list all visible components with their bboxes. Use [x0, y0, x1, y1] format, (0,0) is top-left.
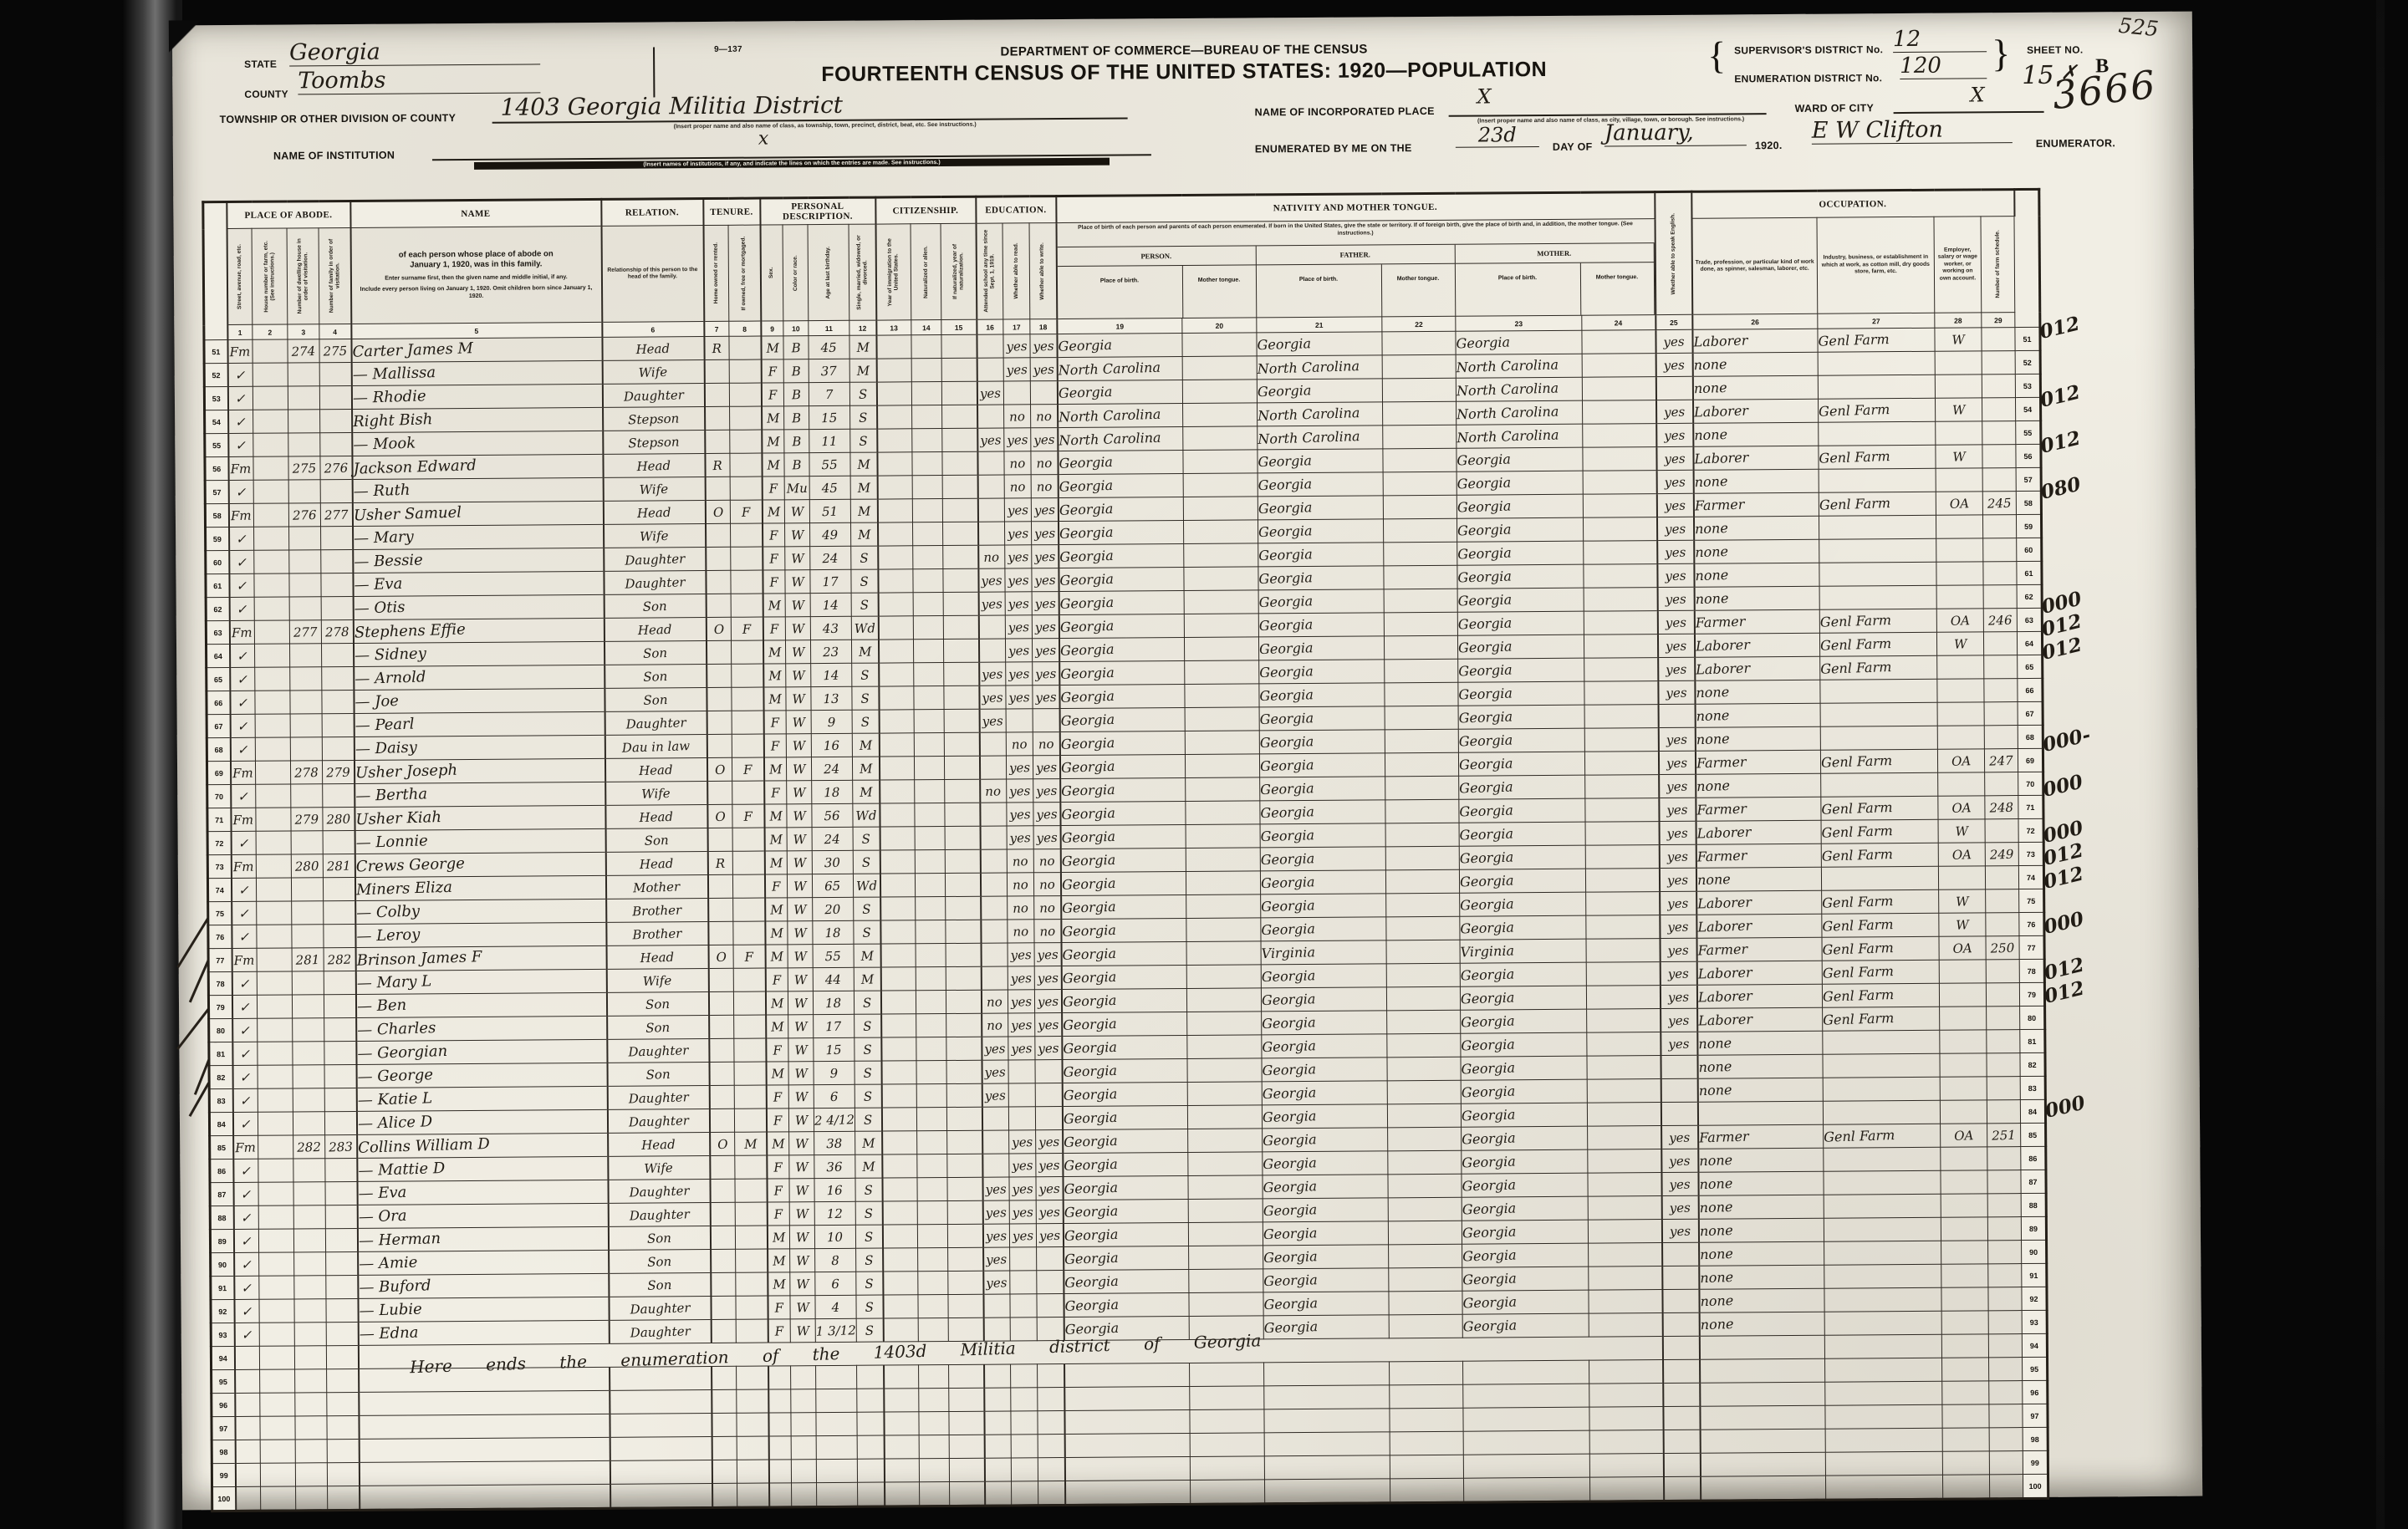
cell-race-58: W — [784, 500, 809, 523]
county-value: Toombs — [298, 66, 540, 94]
cell-age-77: 55 — [813, 944, 854, 967]
cell-sex-63: F — [763, 617, 785, 640]
cell-school-88: yes — [982, 1200, 1009, 1224]
cell-imm-91 — [883, 1272, 918, 1295]
cell-rel-64: Son — [604, 641, 706, 665]
cell-read-99 — [1011, 1458, 1038, 1481]
cell-dw-95 — [295, 1369, 327, 1393]
cell-rel-57: Wife — [603, 477, 705, 502]
cell-home-52 — [704, 359, 729, 383]
cell-rel-96 — [610, 1389, 712, 1414]
cell-emp-87 — [1941, 1170, 1987, 1194]
state-label: STATE — [244, 59, 277, 70]
cell-fmt-77 — [1386, 940, 1460, 964]
cell-fpob-75: Georgia — [1260, 894, 1386, 918]
cell-fmt-87 — [1388, 1174, 1462, 1198]
cell-mmt-90 — [1588, 1243, 1662, 1267]
cell-ind-73: Genl Farm — [1821, 843, 1938, 867]
cell-ind-93 — [1824, 1311, 1941, 1335]
cell-mmt-71 — [1585, 798, 1660, 823]
cell-pob-81: Georgia — [1062, 1036, 1188, 1060]
cell-age-61: 17 — [810, 569, 851, 593]
cell-abode-64: ✓ — [229, 644, 254, 667]
cell-mort-99 — [737, 1460, 768, 1483]
cell-fmt-89 — [1388, 1221, 1462, 1245]
cell-house-59 — [254, 527, 289, 550]
cell-write-91 — [1037, 1271, 1064, 1294]
cell-fpob-98 — [1264, 1432, 1390, 1456]
group-header: NAME — [350, 199, 601, 227]
cell-name-85: Collins William D — [357, 1133, 608, 1158]
cell-fmt-90 — [1389, 1244, 1462, 1268]
cell-mpob-56: Georgia — [1457, 447, 1583, 471]
cell-age-78: 44 — [813, 967, 854, 991]
cell-house-85 — [258, 1135, 293, 1159]
line-number-right: 93 — [2022, 1310, 2047, 1333]
cell-race-78: W — [788, 968, 813, 991]
cell-trade-80: Laborer — [1697, 1007, 1823, 1032]
cell-name-86: — Mattie D — [357, 1156, 608, 1181]
cell-house-53 — [253, 386, 288, 410]
cell-fmt-58 — [1383, 495, 1457, 519]
line-number-left: 78 — [208, 971, 232, 995]
cell-pmt-65 — [1185, 660, 1258, 685]
cell-home-74 — [707, 874, 732, 898]
cell-nat-92 — [918, 1295, 948, 1318]
cell-race-65: W — [786, 664, 811, 687]
cell-home-67 — [707, 711, 732, 734]
cell-dw-84 — [293, 1112, 324, 1135]
cell-write-85: yes — [1036, 1130, 1063, 1154]
cell-house-88 — [258, 1205, 293, 1229]
col-number-2: 2 — [253, 324, 288, 339]
cell-name-96 — [359, 1390, 610, 1415]
cell-write-60: yes — [1032, 545, 1059, 568]
cell-naty-56 — [942, 451, 977, 475]
line-number-right: 77 — [2019, 935, 2044, 959]
cell-imm-73 — [880, 850, 915, 874]
cell-fpob-95 — [1263, 1362, 1390, 1386]
cell-write-100 — [1038, 1481, 1065, 1506]
line-number-right: 89 — [2021, 1216, 2046, 1240]
cell-mar-95 — [857, 1365, 884, 1389]
cell-mar-57: M — [850, 476, 877, 499]
line-number-left: 98 — [212, 1440, 235, 1463]
cell-imm-57 — [877, 476, 912, 499]
line-number-right: 79 — [2019, 982, 2044, 1006]
cell-emp-92 — [1941, 1287, 1988, 1311]
cell-eng-53 — [1655, 376, 1692, 400]
cell-fpob-51: Georgia — [1257, 332, 1383, 356]
cell-imm-92 — [883, 1295, 918, 1318]
cell-ind-57 — [1819, 468, 1936, 492]
cell-abode-61: ✓ — [229, 573, 254, 597]
film-streak — [2376, 0, 2385, 1529]
cell-write-80: yes — [1035, 1013, 1062, 1037]
cell-imm-78 — [880, 967, 916, 991]
line-number-left: 51 — [204, 340, 227, 364]
cell-sex-78: F — [765, 968, 788, 991]
cell-mort-86 — [735, 1155, 767, 1179]
cell-trade-89: none — [1698, 1218, 1824, 1242]
cell-imm-63 — [878, 616, 913, 640]
cell-farm-61 — [1983, 562, 2017, 585]
cell-imm-55 — [877, 429, 912, 452]
cell-rel-76: Brother — [606, 922, 708, 946]
cell-imm-99 — [884, 1459, 919, 1482]
cell-abode-70: ✓ — [231, 784, 256, 808]
cell-naty-84 — [946, 1107, 982, 1130]
cell-ind-99 — [1825, 1451, 1942, 1475]
cell-read-77: yes — [1008, 943, 1034, 966]
cell-mar-79: S — [854, 991, 880, 1014]
cell-read-86: yes — [1009, 1154, 1036, 1177]
cell-mpob-86: Georgia — [1462, 1149, 1588, 1174]
cell-mmt-86 — [1587, 1149, 1661, 1174]
cell-nat-53 — [911, 382, 941, 405]
cell-sex-83: F — [766, 1085, 788, 1109]
cell-pmt-52 — [1183, 356, 1257, 380]
cell-eng-62: yes — [1657, 587, 1694, 610]
cell-mar-100 — [858, 1482, 885, 1506]
cell-home-65 — [707, 664, 732, 687]
cell-eng-80: yes — [1661, 1008, 1697, 1032]
cell-house-90 — [259, 1252, 294, 1276]
cell-eng-58: yes — [1656, 493, 1693, 517]
cell-trade-69: Farmer — [1695, 750, 1820, 774]
cell-fmt-83 — [1387, 1080, 1461, 1104]
cell-house-51 — [253, 339, 288, 363]
cell-mmt-92 — [1589, 1290, 1663, 1314]
cell-house-94 — [259, 1346, 294, 1369]
cell-nat-73 — [915, 850, 945, 874]
cell-sex-66: M — [763, 687, 786, 711]
cell-mpob-99 — [1464, 1454, 1590, 1478]
cell-home-81 — [709, 1038, 734, 1062]
cell-ind-59 — [1819, 515, 1936, 539]
cell-fmt-64 — [1385, 635, 1458, 660]
cell-race-61: W — [785, 570, 810, 594]
cell-mmt-58 — [1583, 494, 1657, 518]
cell-age-71: 56 — [812, 803, 853, 827]
cell-ind-84 — [1823, 1100, 1940, 1124]
cell-imm-65 — [879, 663, 914, 686]
line-number-right: 72 — [2018, 818, 2043, 842]
cell-eng-98 — [1663, 1430, 1700, 1453]
header-col-7: Home owned or rented. — [703, 225, 729, 321]
cell-fam-71: 280 — [323, 807, 355, 830]
cell-fpob-83: Georgia — [1262, 1081, 1388, 1105]
cell-mort-96 — [737, 1389, 768, 1413]
cell-home-92 — [711, 1296, 736, 1319]
line-number-left: 97 — [212, 1416, 235, 1440]
cell-sex-87: F — [767, 1179, 789, 1202]
group-header: CITIZENSHIP. — [875, 196, 976, 224]
cell-trade-66: none — [1695, 680, 1820, 704]
cell-pob-97 — [1064, 1409, 1191, 1434]
line-number-right: 67 — [2018, 701, 2043, 725]
cell-mar-70: M — [853, 780, 880, 803]
cell-age-99 — [816, 1459, 857, 1482]
cell-sex-71: M — [764, 804, 787, 828]
cell-farm-69: 247 — [1984, 749, 2018, 772]
cell-home-86 — [710, 1155, 735, 1179]
cell-age-52: 37 — [809, 359, 849, 382]
cell-nat-89 — [917, 1225, 947, 1248]
cell-emp-84 — [1940, 1100, 1987, 1124]
cell-mmt-69 — [1584, 752, 1659, 776]
cell-dw-76 — [292, 925, 324, 948]
cell-mpob-90: Georgia — [1462, 1243, 1589, 1267]
line-number-left: 76 — [208, 925, 232, 948]
cell-fpob-87: Georgia — [1263, 1175, 1389, 1199]
cell-read-85: yes — [1009, 1130, 1036, 1154]
cell-home-59 — [706, 523, 731, 547]
cell-nat-55 — [912, 429, 942, 452]
cell-farm-95 — [1989, 1358, 2023, 1381]
cell-sex-75: M — [765, 898, 788, 921]
census-sheet: 525 STATE Georgia COUNTY Toombs 9—137 DE… — [172, 12, 2202, 1511]
cell-abode-59: ✓ — [229, 527, 254, 550]
cell-emp-53 — [1935, 375, 1982, 398]
cell-mmt-78 — [1586, 962, 1661, 986]
line-number-left: 62 — [206, 597, 229, 620]
cell-sex-97 — [768, 1413, 791, 1436]
cell-nat-93 — [918, 1318, 948, 1342]
cell-name-60: — Bessie — [353, 548, 604, 573]
cell-rel-69: Head — [605, 758, 707, 782]
cell-write-74: no — [1033, 873, 1060, 896]
cell-emp-85: OA — [1941, 1124, 1987, 1147]
cell-farm-81 — [1987, 1030, 2020, 1053]
cell-naty-60 — [943, 545, 978, 568]
cell-mpob-53: North Carolina — [1457, 377, 1583, 401]
cell-school-87: yes — [982, 1177, 1009, 1200]
cell-read-70: yes — [1007, 779, 1033, 803]
col-number-27: 27 — [1818, 313, 1935, 329]
cell-naty-72 — [945, 826, 980, 849]
cell-race-95 — [791, 1366, 816, 1389]
cell-home-68 — [707, 734, 732, 757]
group-header: OCCUPATION. — [1691, 190, 2014, 219]
cell-fam-98 — [327, 1439, 359, 1462]
cell-ind-77: Genl Farm — [1822, 936, 1939, 961]
cell-imm-93 — [883, 1318, 918, 1342]
cell-dw-89 — [293, 1229, 325, 1252]
cell-name-77: Brinson James F — [355, 945, 606, 971]
ward-rule — [1894, 111, 2044, 114]
cell-eng-71: yes — [1659, 798, 1696, 821]
col-number-28: 28 — [1935, 313, 1982, 328]
cell-school-57 — [977, 475, 1004, 498]
cell-mar-83: S — [855, 1084, 881, 1108]
cell-farm-97 — [1989, 1404, 2023, 1428]
cell-pmt-67 — [1185, 707, 1258, 731]
cell-sex-51: M — [761, 336, 783, 359]
cell-mmt-83 — [1587, 1079, 1661, 1103]
cell-mar-72: S — [853, 827, 880, 850]
cell-nat-83 — [916, 1084, 946, 1108]
cell-fam-57 — [320, 479, 352, 502]
cell-naty-61 — [943, 568, 978, 592]
cell-write-52: yes — [1030, 358, 1057, 381]
cell-nat-65 — [914, 663, 944, 686]
cell-house-72 — [256, 831, 291, 854]
cell-ind-56: Genl Farm — [1819, 445, 1936, 469]
cell-ind-70 — [1821, 772, 1938, 797]
line-number-left: 64 — [206, 644, 229, 667]
cell-name-59: — Mary — [353, 524, 604, 549]
cell-school-54 — [977, 405, 1004, 428]
cell-fpob-91: Georgia — [1263, 1268, 1389, 1292]
cell-mpob-63: Georgia — [1458, 611, 1584, 635]
cell-mpob-72: Georgia — [1459, 822, 1585, 846]
cell-farm-68 — [1984, 726, 2018, 749]
cell-house-64 — [254, 644, 289, 667]
cell-fmt-93 — [1389, 1314, 1462, 1338]
cell-house-61 — [254, 573, 289, 597]
col-number-11: 11 — [809, 320, 849, 335]
cell-emp-86 — [1941, 1147, 1987, 1170]
cell-dw-69: 278 — [290, 761, 322, 784]
cell-mort-77: F — [733, 945, 765, 968]
cell-name-68: — Daisy — [354, 735, 605, 760]
cell-school-61: yes — [978, 568, 1005, 592]
cell-fam-52 — [319, 362, 351, 385]
cell-pob-70: Georgia — [1060, 778, 1186, 803]
cell-read-91 — [1010, 1271, 1037, 1294]
cell-fpob-85: Georgia — [1262, 1128, 1388, 1152]
cell-nat-75 — [916, 897, 946, 920]
cell-write-75: no — [1034, 896, 1061, 920]
enumerated-year: 1920. — [1755, 140, 1783, 151]
cell-mmt-72 — [1585, 822, 1660, 846]
cell-eng-60: yes — [1657, 540, 1694, 563]
col-number-3: 3 — [288, 324, 319, 339]
cell-nat-76 — [916, 920, 946, 944]
cell-race-75: W — [788, 898, 813, 921]
cell-naty-66 — [944, 686, 979, 709]
cell-emp-74 — [1938, 866, 1985, 889]
cell-rel-75: Brother — [606, 899, 708, 923]
cell-write-87: yes — [1036, 1177, 1063, 1200]
cell-race-69: W — [786, 757, 811, 781]
cell-emp-97 — [1942, 1404, 1989, 1428]
cell-read-55: yes — [1004, 428, 1031, 451]
cell-house-55 — [253, 433, 288, 456]
enumerator-signature: E W Clifton — [1812, 116, 2013, 145]
cell-house-75 — [257, 901, 292, 925]
line-number-right: 63 — [2017, 608, 2042, 631]
cell-write-82 — [1035, 1060, 1062, 1083]
cell-rel-100 — [610, 1483, 712, 1508]
cell-dw-64 — [289, 644, 321, 667]
cell-emp-94 — [1941, 1334, 1988, 1358]
cell-rel-81: Daughter — [607, 1039, 709, 1063]
cell-abode-80: ✓ — [232, 1018, 258, 1042]
cell-ind-76: Genl Farm — [1822, 913, 1939, 937]
cell-home-53 — [704, 383, 729, 406]
cell-name-92: — Lubie — [358, 1297, 609, 1322]
cell-pmt-91 — [1189, 1269, 1263, 1293]
line-number-left: 67 — [207, 714, 230, 737]
cell-nat-67 — [914, 710, 944, 733]
cell-fmt-57 — [1383, 471, 1457, 496]
cell-race-76: W — [788, 921, 813, 945]
cell-farm-71: 248 — [1985, 796, 2018, 819]
supervisors-district-label: SUPERVISOR'S DISTRICT No. — [1734, 43, 1883, 56]
cell-race-60: W — [785, 547, 810, 570]
cell-eng-68: yes — [1658, 727, 1695, 751]
cell-emp-80 — [1940, 1007, 1987, 1030]
cell-mmt-84 — [1587, 1103, 1661, 1127]
line-number-right: 60 — [2017, 538, 2042, 561]
cell-imm-64 — [878, 640, 913, 663]
cell-school-81: yes — [982, 1037, 1008, 1060]
corner-page-mark: 525 — [2118, 13, 2160, 42]
cell-mpob-78: Georgia — [1460, 962, 1586, 986]
cell-fpob-69: Georgia — [1259, 753, 1385, 777]
cell-rel-73: Head — [605, 852, 707, 876]
cell-pob-64: Georgia — [1059, 638, 1185, 662]
cell-nat-59 — [913, 522, 943, 546]
cell-eng-79: yes — [1660, 985, 1696, 1008]
cell-imm-71 — [880, 803, 915, 827]
cell-read-52: yes — [1003, 358, 1030, 381]
cell-farm-94 — [1988, 1334, 2022, 1358]
cell-mar-96 — [857, 1389, 884, 1412]
cell-home-95 — [712, 1366, 737, 1389]
cell-name-93: — Edna — [358, 1320, 609, 1345]
cell-fam-83 — [324, 1088, 356, 1111]
cell-rel-67: Daughter — [605, 711, 707, 736]
col-number-4: 4 — [319, 324, 351, 339]
cell-mar-61: S — [851, 569, 878, 593]
cell-rel-93: Daughter — [609, 1319, 711, 1343]
cell-age-95 — [816, 1365, 857, 1389]
cell-fmt-70 — [1385, 776, 1459, 800]
cell-rel-82: Son — [607, 1063, 709, 1087]
cell-abode-100 — [236, 1486, 261, 1511]
cell-pob-91: Georgia — [1064, 1269, 1190, 1293]
cell-fam-81 — [324, 1041, 356, 1064]
cell-name-72: — Lonnie — [355, 828, 605, 854]
cell-read-73: no — [1007, 849, 1033, 873]
cell-mpob-83: Georgia — [1461, 1079, 1587, 1103]
cell-mort-59 — [731, 523, 763, 547]
sheet-label: SHEET NO. — [2027, 43, 2083, 55]
cell-fam-96 — [327, 1392, 359, 1415]
cell-rel-84: Daughter — [607, 1109, 709, 1134]
group-header: RELATION. — [601, 199, 703, 227]
cell-mort-80 — [734, 1015, 766, 1038]
cell-trade-84 — [1697, 1101, 1823, 1125]
cell-house-98 — [260, 1440, 295, 1463]
cell-pmt-99 — [1191, 1456, 1264, 1481]
cell-home-77: O — [708, 945, 733, 968]
cell-naty-98 — [949, 1435, 984, 1458]
cell-read-66: yes — [1006, 686, 1033, 709]
cell-pob-79: Georgia — [1061, 989, 1187, 1013]
col-number-25: 25 — [1655, 314, 1692, 329]
line-number-right: 59 — [2016, 514, 2041, 538]
cell-read-78: yes — [1008, 966, 1034, 990]
cell-home-69: O — [707, 757, 732, 781]
enumerated-day: 23d — [1456, 123, 1539, 148]
cell-pmt-95 — [1190, 1363, 1263, 1387]
cell-trade-74: none — [1696, 867, 1821, 891]
cell-mar-87: S — [855, 1178, 882, 1201]
